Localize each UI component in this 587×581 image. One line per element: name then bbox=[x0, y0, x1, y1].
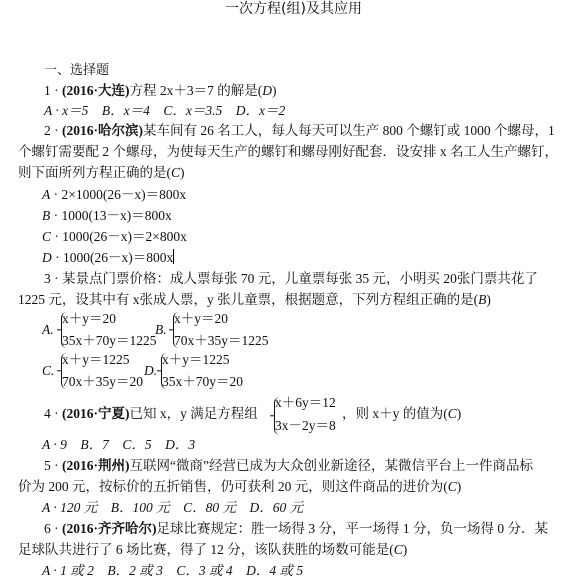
question-2-option-c: C · 1000(26－x)＝2×800x bbox=[42, 228, 187, 246]
question-4: 4 · (2016·宁夏)已知 x，y 满足方程组 bbox=[44, 405, 258, 423]
question-source: (2016·齐齐哈尔) bbox=[62, 521, 157, 536]
question-2-option-d: D · 1000(26－x)＝800x bbox=[42, 249, 174, 267]
question-4-options: A · 9 B．7 C．5 D．3 bbox=[42, 436, 195, 454]
question-2-line-3: 则下面所列方程正确的是(C) bbox=[18, 164, 185, 182]
document-title: 一次方程(组)及其应用 bbox=[0, 0, 587, 18]
question-3-line-2: 1225 元，设其中有 x张成人票，y 张儿童票，根据题意，下列方程组正确的是(… bbox=[18, 291, 491, 309]
answer: C bbox=[448, 479, 457, 494]
question-1: 1 · (2016·大连)方程 2x＋3＝7 的解是(D) bbox=[44, 82, 277, 100]
question-source: (2016·大连) bbox=[62, 83, 130, 98]
text-cursor bbox=[173, 249, 174, 264]
answer: C bbox=[448, 406, 457, 421]
question-5-options: A · 120 元 B．100 元 C．80 元 D．60 元 bbox=[42, 499, 303, 517]
question-source: (2016·荆州) bbox=[62, 458, 130, 473]
question-4-tail: ，则 x＋y 的值为(C) bbox=[342, 405, 461, 423]
question-6-options: A · 1 或 2 B．2 或 3 C．3 或 4 D．4 或 5 bbox=[42, 562, 303, 580]
question-5: 5 · (2016·荆州)互联网“微商”经营已成为大众创业新途径，某微信平台上一… bbox=[44, 457, 533, 475]
question-source: (2016·宁夏) bbox=[62, 406, 130, 421]
question-5-line-2: 价为 200 元，按标价的五折销售，仍可获利 20 元，则这件商品的进价为(C) bbox=[18, 478, 461, 496]
question-1-options: A · x＝5 B．x＝4 C．x＝3.5 D．x＝2 bbox=[44, 102, 285, 120]
question-2-line-2: 个螺钉需要配 2 个螺母，为使每天生产的螺钉和螺母刚好配套．设安排 x 名工人生… bbox=[18, 143, 558, 161]
question-6-line-2: 足球队共进行了 6 场比赛，得了 12 分，该队获胜的场数可能是(C) bbox=[18, 541, 407, 559]
question-6: 6 · (2016·齐齐哈尔)足球比赛规定：胜一场得 3 分，平一场得 1 分，… bbox=[44, 520, 548, 538]
answer: C bbox=[171, 165, 180, 180]
question-2-option-a: A · 2×1000(26－x)＝800x bbox=[42, 186, 186, 204]
question-source: (2016·哈尔滨) bbox=[62, 123, 143, 138]
question-3: 3 · 某景点门票价格：成人票每张 70 元，儿童票每张 35 元，小明买 20… bbox=[44, 270, 538, 288]
section-heading: 一、选择题 bbox=[44, 62, 109, 80]
question-2-option-b: B · 1000(13－x)＝800x bbox=[42, 207, 172, 225]
question-2: 2 · (2016·哈尔滨)某车间有 26 名工人，每人每天可以生产 800 个… bbox=[44, 122, 555, 140]
answer: C bbox=[394, 542, 403, 557]
answer: D bbox=[262, 83, 272, 98]
